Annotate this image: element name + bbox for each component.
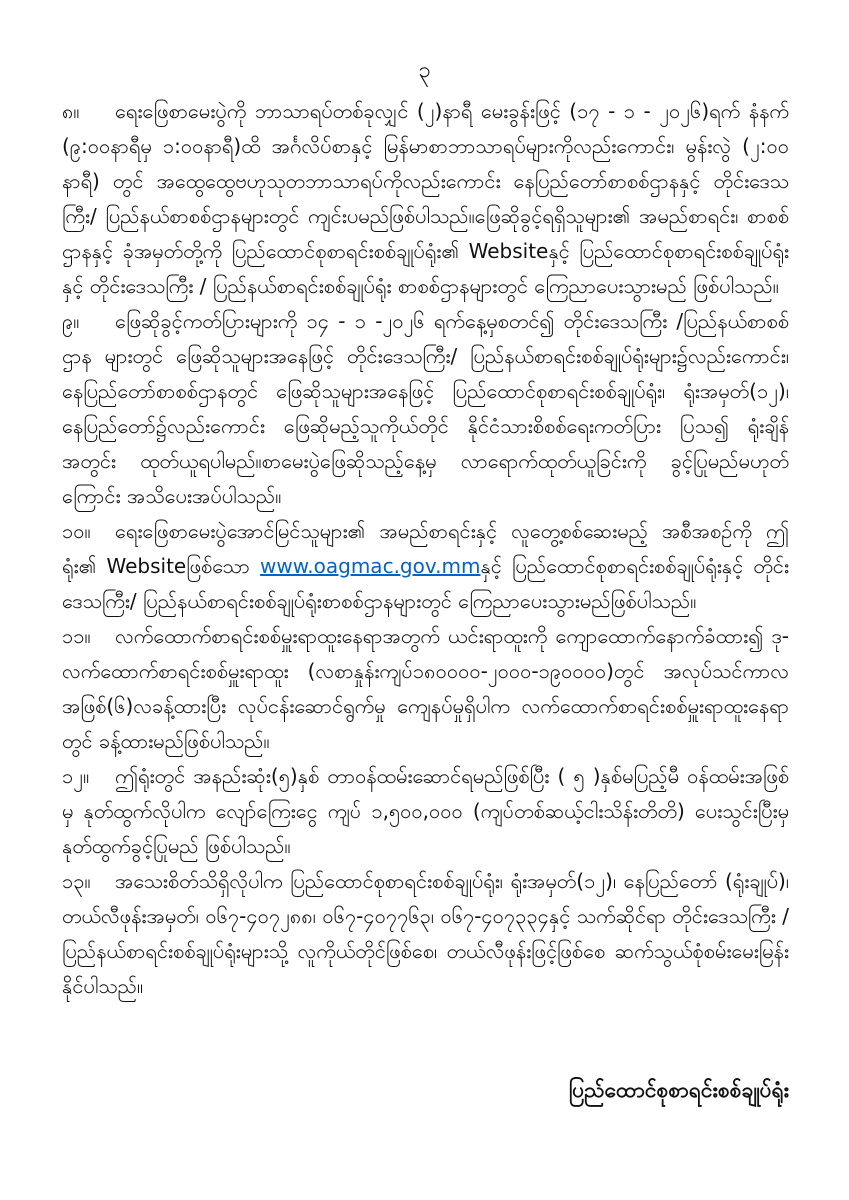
paragraph-10: ၁၀။ရေးဖြေစာမေးပွဲအောင်မြင်သူများ၏ အမည်စာ… bbox=[62, 514, 789, 619]
document-body: ၈။ရေးဖြေစာမေးပွဲကို ဘာသာရပ်တစ်ခုလျှင် (၂… bbox=[62, 94, 789, 1004]
website-link[interactable]: www.oagmac.gov.mm bbox=[260, 554, 480, 578]
paragraph-8-number: ၈။ bbox=[62, 94, 115, 129]
paragraph-11-text: လက်ထောက်စာရင်းစစ်မှူးရာထူးနေရာအတွက် ယင်း… bbox=[62, 624, 789, 753]
paragraph-12-number: ၁၂။ bbox=[62, 759, 115, 794]
paragraph-9-number: ၉။ bbox=[62, 304, 115, 339]
paragraph-9-text: ဖြေဆိုခွင့်ကတ်ပြားများကို ၁၄ - ၁ -၂၀၂၆ ရ… bbox=[62, 309, 789, 508]
paragraph-12: ၁၂။ဤရုံးတွင် အနည်းဆုံး(၅)နှစ် တာဝန်ထမ်းဆ… bbox=[62, 759, 789, 864]
document-page: ၃ ၈။ရေးဖြေစာမေးပွဲကို ဘာသာရပ်တစ်ခုလျှင် … bbox=[0, 0, 849, 1200]
paragraph-11: ၁၁။လက်ထောက်စာရင်းစစ်မှူးရာထူးနေရာအတွက် ယ… bbox=[62, 619, 789, 759]
paragraph-13-text: အသေးစိတ်သိရှိလိုပါက ပြည်ထောင်စုစာရင်းစစ်… bbox=[62, 869, 789, 998]
paragraph-13: ၁၃။အသေးစိတ်သိရှိလိုပါက ပြည်ထောင်စုစာရင်း… bbox=[62, 864, 789, 1004]
paragraph-11-number: ၁၁။ bbox=[62, 619, 115, 654]
paragraph-10-number: ၁၀။ bbox=[62, 514, 115, 549]
paragraph-8-text: ရေးဖြေစာမေးပွဲကို ဘာသာရပ်တစ်ခုလျှင် (၂)န… bbox=[62, 99, 789, 298]
issuing-office-signature: ပြည်ထောင်စုစာရင်းစစ်ချုပ်ရုံး bbox=[569, 1074, 789, 1106]
paragraph-13-number: ၁၃။ bbox=[62, 864, 115, 899]
page-number: ၃ bbox=[0, 56, 849, 86]
paragraph-8: ၈။ရေးဖြေစာမေးပွဲကို ဘာသာရပ်တစ်ခုလျှင် (၂… bbox=[62, 94, 789, 304]
paragraph-12-text: ဤရုံးတွင် အနည်းဆုံး(၅)နှစ် တာဝန်ထမ်းဆောင… bbox=[62, 764, 789, 858]
paragraph-9: ၉။ဖြေဆိုခွင့်ကတ်ပြားများကို ၁၄ - ၁ -၂၀၂၆… bbox=[62, 304, 789, 514]
